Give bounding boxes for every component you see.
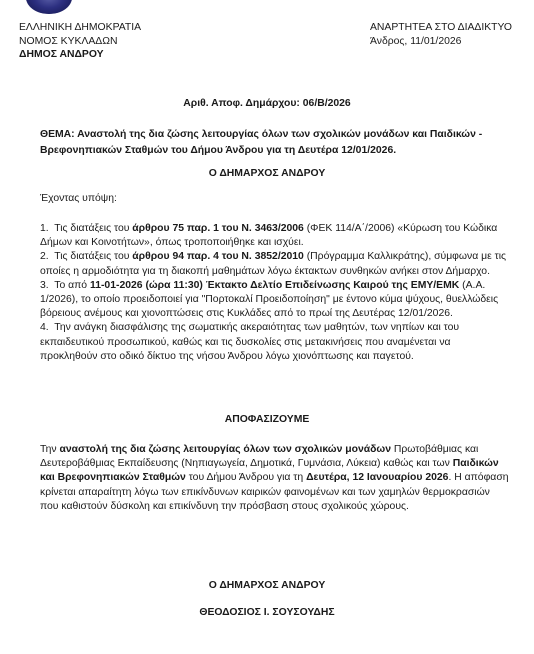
decide-heading: ΑΠΟΦΑΣΙΖΟΥΜΕ (0, 413, 534, 427)
considering-label: Έχοντας υπόψη: (40, 192, 510, 206)
consideration-item: 3. Το από 11-01-2026 (ώρα 11:30) Έκτακτο… (40, 279, 510, 322)
posting-header: ΑΝΑΡΤΗΤΕΑ ΣΤΟ ΔΙΑΔΙΚΤΥΟ Άνδρος, 11/01/20… (370, 21, 512, 48)
signature-name: ΘΕΟΔΟΣΙΟΣ Ι. ΣΟΥΣΟΥΔΗΣ (0, 606, 534, 620)
issuer-country: ΕΛΛΗΝΙΚΗ ΔΗΜΟΚΡΑΤΙΑ (19, 21, 141, 35)
consideration-item: 2. Τις διατάξεις του άρθρου 94 παρ. 4 το… (40, 250, 510, 278)
signature-title: Ο ΔΗΜΑΡΧΟΣ ΑΝΔΡΟΥ (0, 579, 534, 593)
consideration-item: 1. Τις διατάξεις του άρθρου 75 παρ. 1 το… (40, 222, 510, 250)
issuer-municipality: ΔΗΜΟΣ ΑΝΔΡΟΥ (19, 48, 141, 62)
considerations-list: 1. Τις διατάξεις του άρθρου 75 παρ. 1 το… (40, 222, 510, 364)
greek-republic-emblem-icon (26, 0, 72, 14)
place-date: Άνδρος, 11/01/2026 (370, 35, 512, 49)
decision-text: Την αναστολή της δια ζώσης λειτουργίας ό… (40, 443, 510, 514)
posting-notice: ΑΝΑΡΤΗΤΕΑ ΣΤΟ ΔΙΑΔΙΚΤΥΟ (370, 21, 512, 35)
decision-number: Αριθ. Αποφ. Δημάρχου: 06/Β/2026 (0, 97, 534, 111)
issuer-header: ΕΛΛΗΝΙΚΗ ΔΗΜΟΚΡΑΤΙΑ ΝΟΜΟΣ ΚΥΚΛΑΔΩΝ ΔΗΜΟΣ… (19, 21, 141, 62)
mayor-heading: Ο ΔΗΜΑΡΧΟΣ ΑΝΔΡΟΥ (0, 167, 534, 181)
subject: ΘΕΜΑ: Αναστολή της δια ζώσης λειτουργίας… (40, 127, 510, 158)
consideration-item: 4. Την ανάγκη διασφάλισης της σωματικής … (40, 321, 510, 364)
issuer-prefecture: ΝΟΜΟΣ ΚΥΚΛΑΔΩΝ (19, 35, 141, 49)
